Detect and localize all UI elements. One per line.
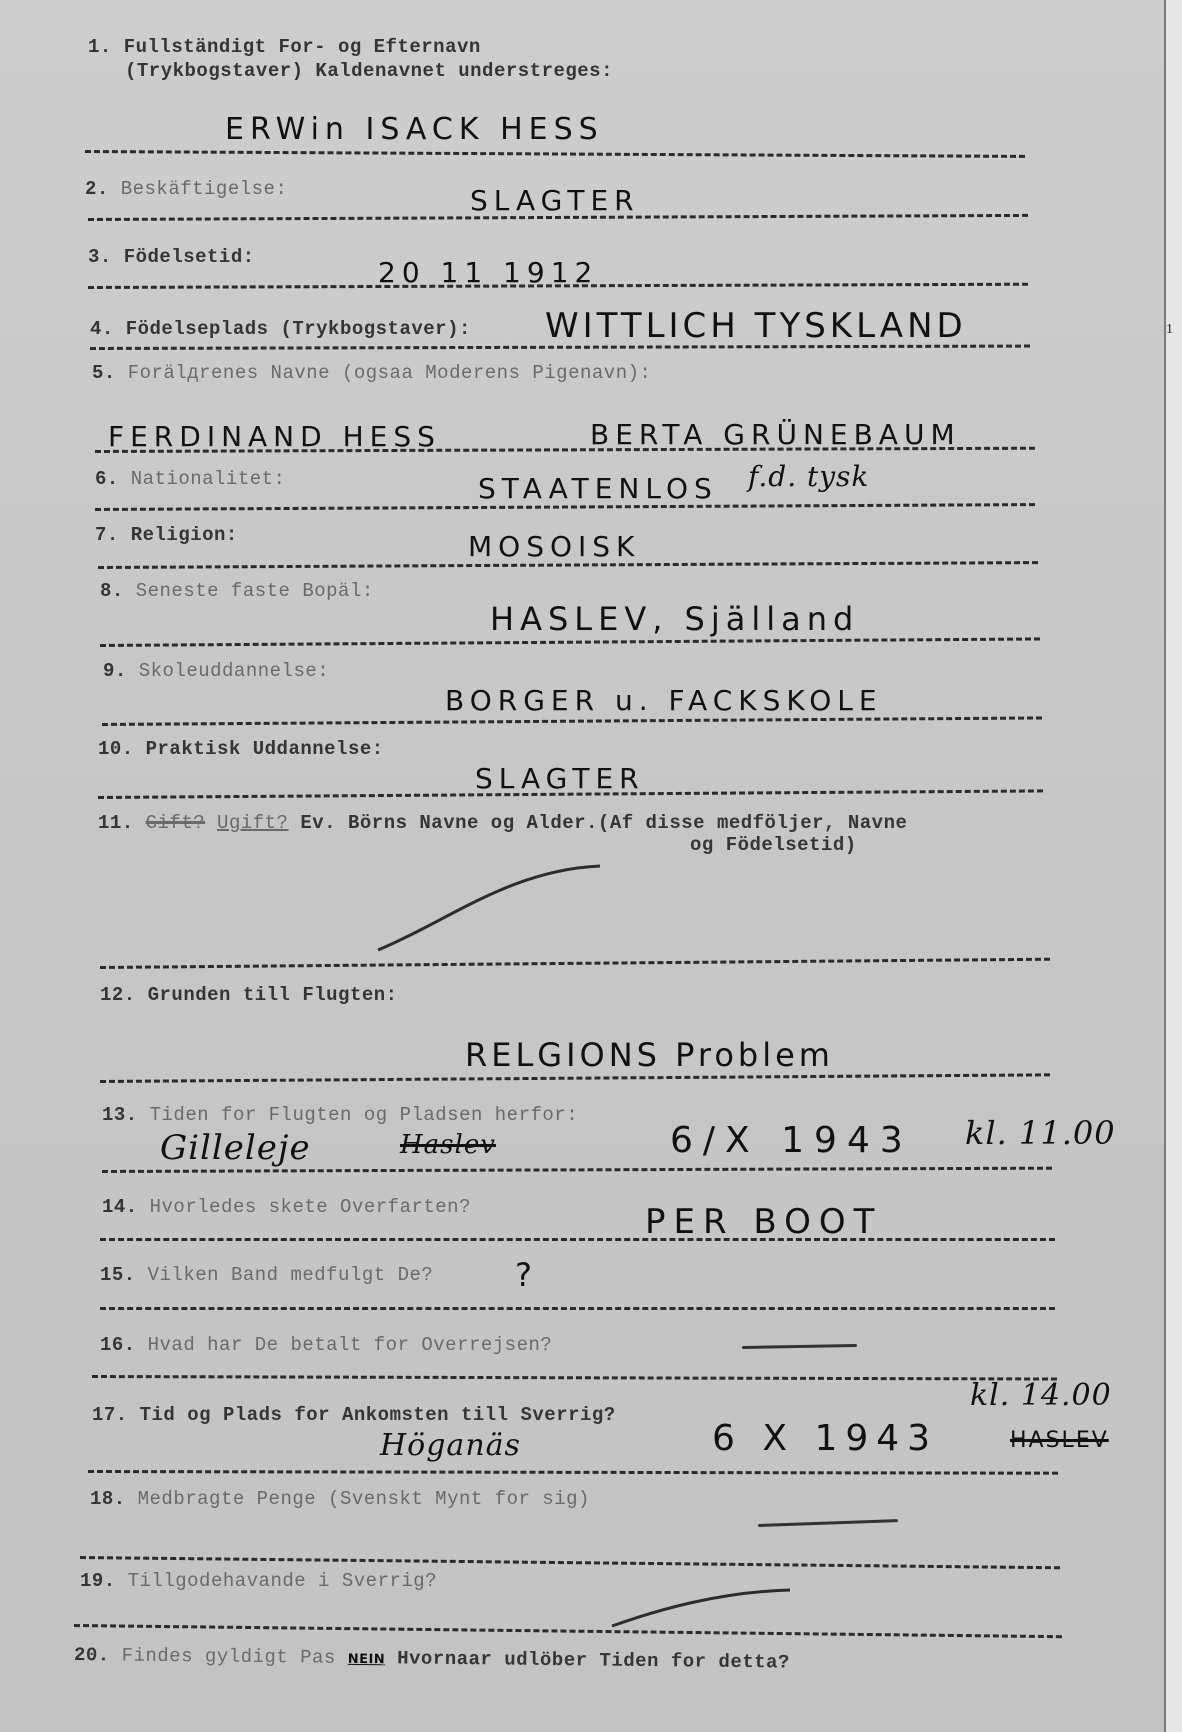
q14-label: 14. Hvorledes skete Overfarten?: [102, 1196, 471, 1218]
q17-answer-struck: HASLEV: [1010, 1428, 1109, 1453]
q19-label: 19. Tillgodehavande i Sverrig?: [80, 1570, 437, 1592]
q6-answer-nationality: STAATENLOS: [478, 472, 718, 505]
q2-answer-occupation: SLAGTER: [470, 184, 640, 217]
q18-label: 18. Medbragte Penge (Svenskt Mynt for si…: [90, 1488, 590, 1510]
q5-label: 5. Forälдrenes Navne (ogsaa Moderens Pig…: [92, 362, 651, 384]
q10-answer-training: SLAGTER: [475, 762, 645, 795]
q11-label2: og Födelsetid): [690, 834, 857, 856]
q13-answer-time: kl. 11.00: [965, 1114, 1116, 1152]
page-edge: [1164, 0, 1182, 1732]
q17-label: 17. Tid og Plads for Ankomsten till Sver…: [92, 1404, 616, 1426]
q7-answer-religion: MOSOISK: [468, 530, 640, 563]
q7-label: 7. Religion:: [95, 524, 238, 546]
q13-answer-place: Gilleleje: [160, 1128, 311, 1168]
q8-label: 8. Seneste faste Bopäl:: [100, 580, 374, 602]
q15-line: [100, 1307, 1055, 1310]
q6-annotation: f.d. tysk: [748, 460, 869, 493]
q11-label: 11. Gift? Ugift? Ev. Börns Navne og Alde…: [98, 812, 907, 834]
q11-unmarried-option: Ugift?: [217, 812, 288, 834]
q6-label: 6. Nationalitet:: [95, 468, 285, 490]
q15-label: 15. Vilken Band medfulgt De?: [100, 1264, 433, 1286]
q10-label: 10. Praktisk Uddannelse:: [98, 738, 384, 760]
q16-label: 16. Hvad har De betalt for Overrejsen?: [100, 1334, 552, 1356]
q15-answer-group: ?: [515, 1256, 538, 1294]
q20-inline-answer: NEIN: [348, 1652, 386, 1667]
q11-married-option: Gift?: [146, 812, 206, 834]
q19-dash-stroke: [600, 1584, 800, 1634]
q13-answer-struck: Haslev: [400, 1130, 496, 1160]
q17-answer-time: kl. 14.00: [970, 1378, 1112, 1413]
q5-answer-mother: BERTA GRÜNEBAUM: [590, 418, 961, 451]
q3-label: 3. Födelsetid:: [88, 246, 255, 268]
q11-dash-stroke: [370, 860, 610, 960]
q12-label: 12. Grunden till Flugten:: [100, 984, 398, 1006]
edge-mark: 1: [1166, 322, 1173, 338]
q1-label2: (Trykbogstaver) Kaldenavnet understreges…: [125, 60, 613, 82]
q4-label: 4. Födelseplads (Trykbogstaver):: [90, 318, 471, 340]
q17-answer-place: Höganäs: [380, 1428, 521, 1463]
q2-label: 2. Beskäftigelse:: [85, 178, 287, 200]
q9-answer-school: BORGER u. FACKSKOLE: [445, 684, 883, 717]
q4-answer-birthplace: WITTLICH TYSKLAND: [545, 306, 967, 346]
q1-answer-name: ERWin ISACK HESS: [225, 112, 604, 147]
q8-answer-residence: HASLEV, Själland: [490, 600, 859, 638]
q1-label: 1. Fullständigt For- og Efternavn: [88, 36, 481, 58]
q13-answer-date: 6/X 1943: [670, 1120, 913, 1161]
q17-answer-date: 6 X 1943: [712, 1418, 938, 1459]
q12-answer-reason: RELGIONS Problem: [465, 1036, 834, 1074]
q14-answer-crossing: PER BOOT: [645, 1202, 882, 1242]
q13-label: 13. Tiden for Flugten og Pladsen herfor:: [102, 1104, 578, 1126]
q14-line: [100, 1238, 1055, 1241]
q9-label: 9. Skoleuddannelse:: [103, 660, 329, 682]
